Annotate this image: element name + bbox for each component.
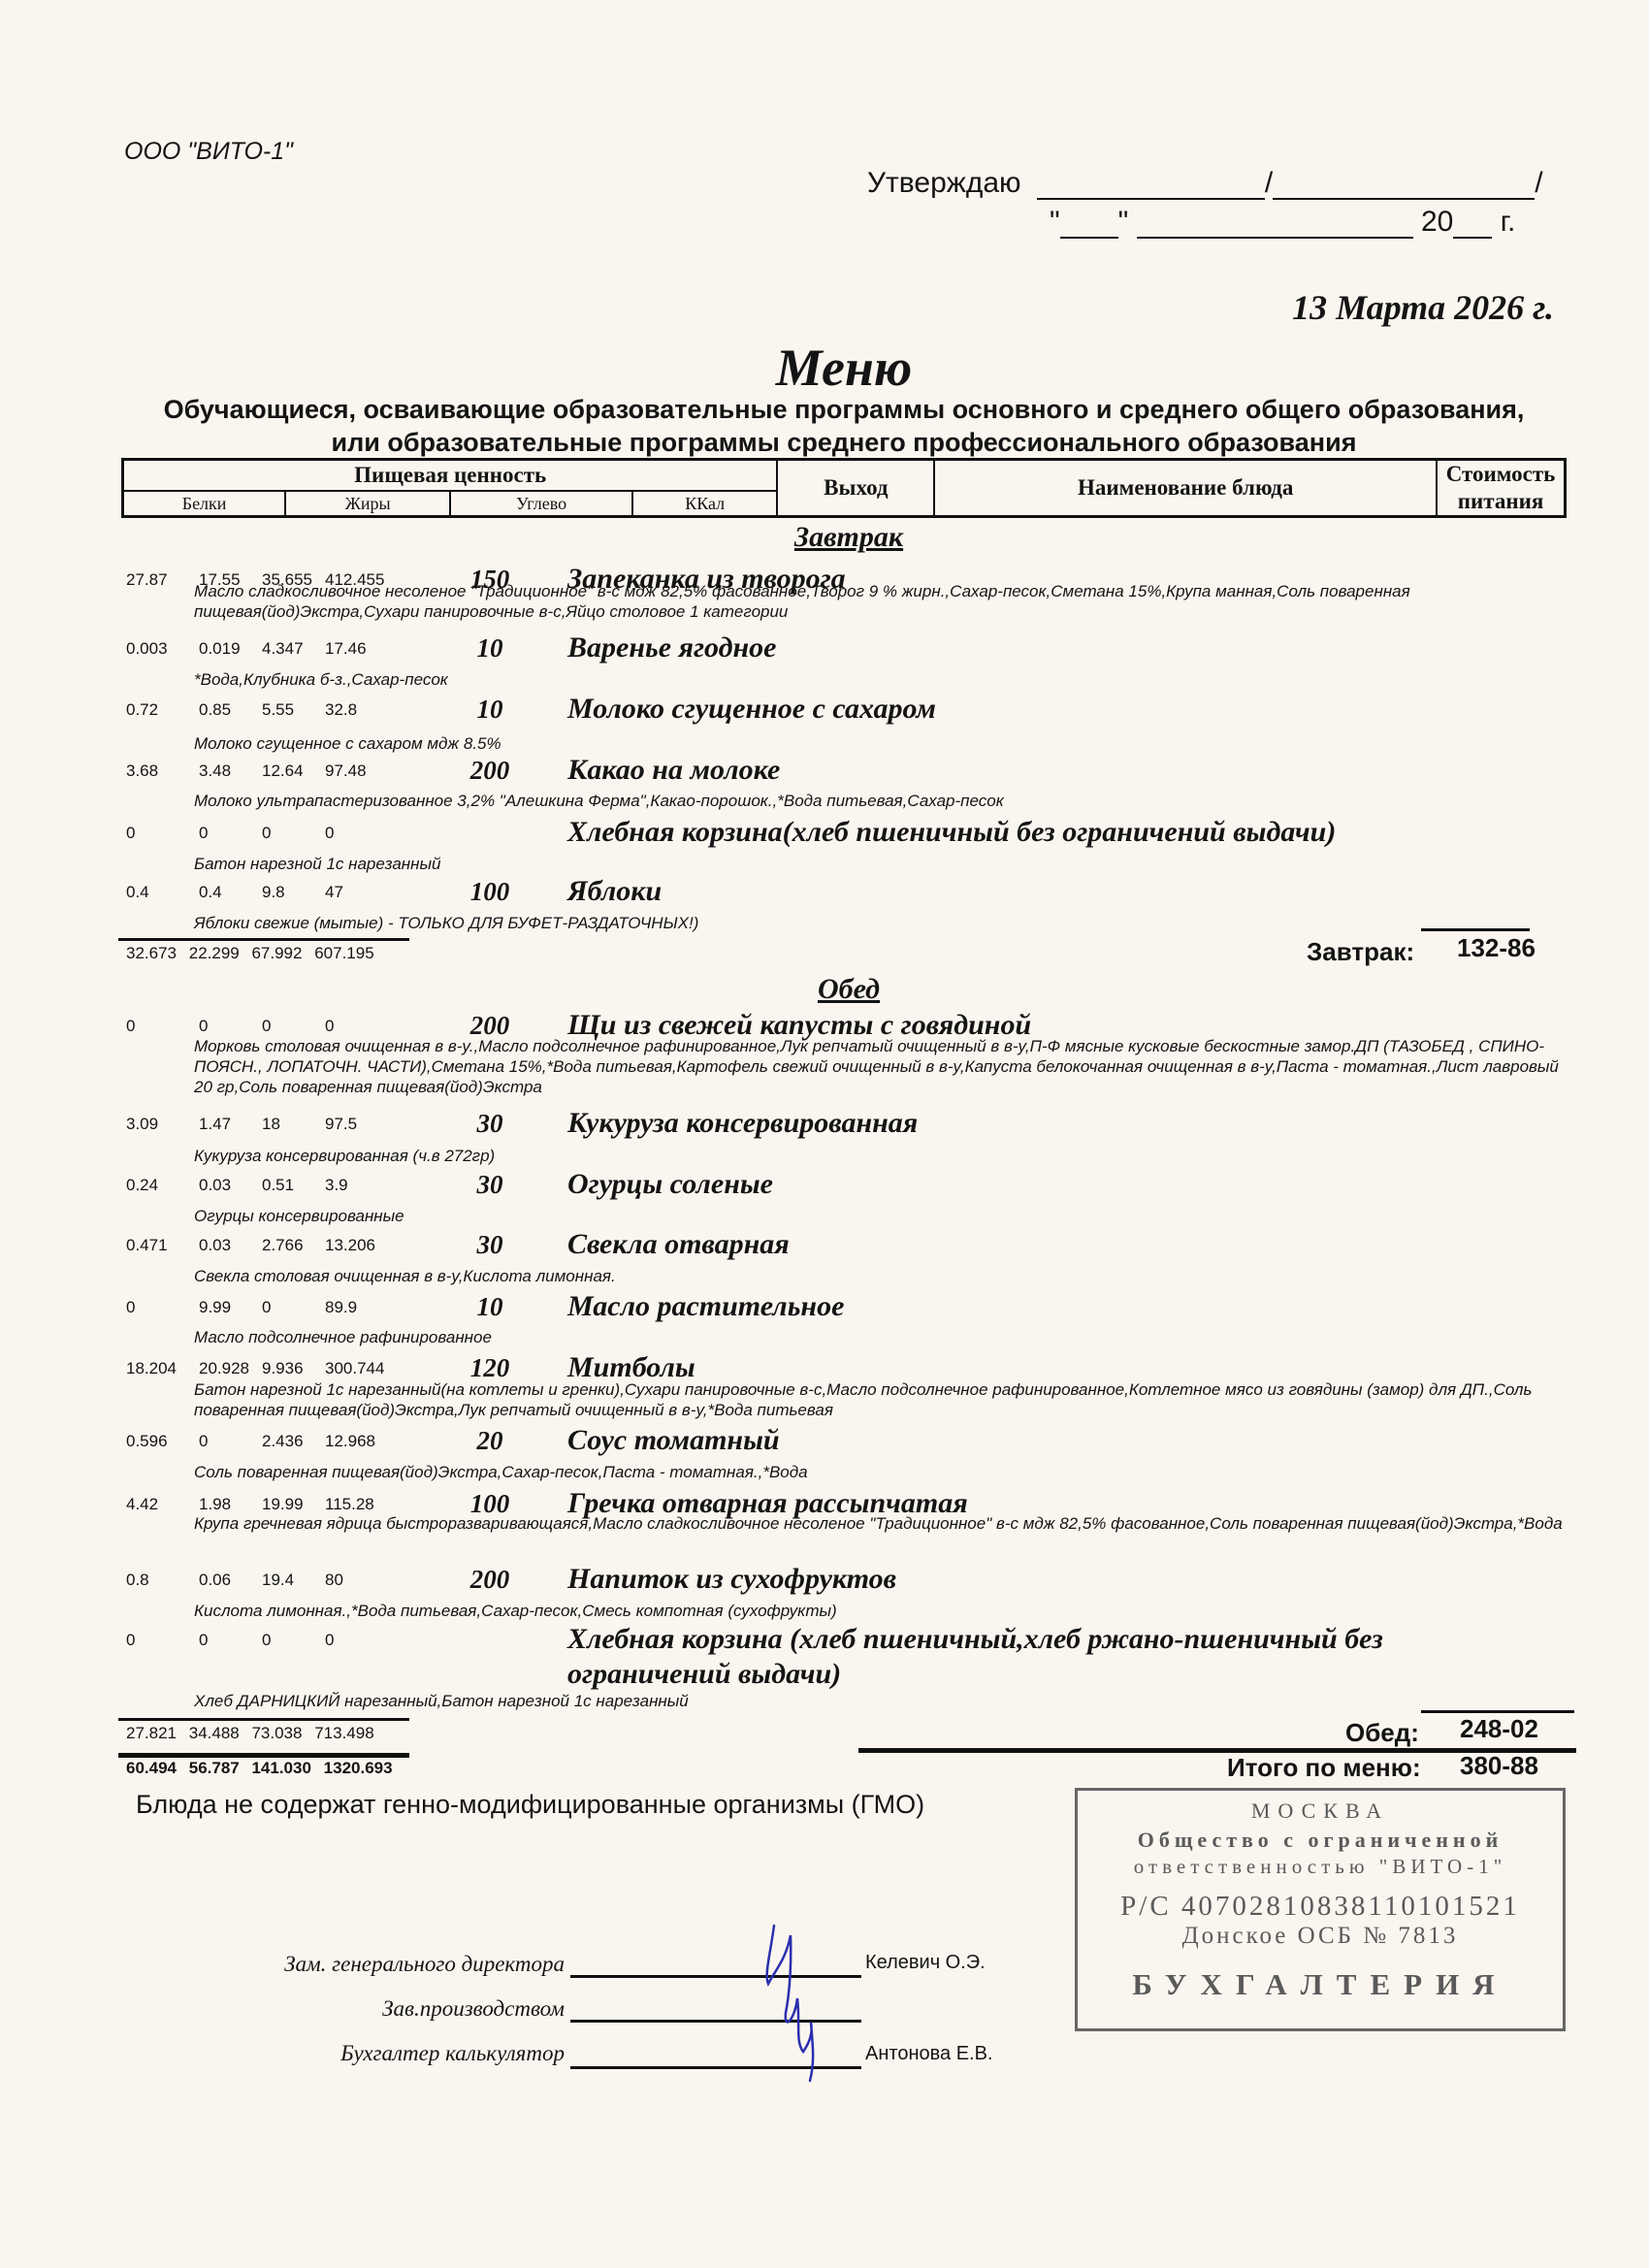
yield-value: 200: [461, 756, 519, 786]
kcal-value: 115.28: [325, 1495, 374, 1514]
fat-value: 0: [199, 1432, 208, 1451]
kcal-value: 12.968: [325, 1432, 375, 1451]
total-carbs: 67.992: [251, 944, 302, 962]
divider: [118, 1718, 409, 1721]
grand-total-price: 380-88: [1460, 1751, 1538, 1781]
kcal-value: 0: [325, 1017, 334, 1036]
stamp-account: Р/С 40702810838110101521: [1078, 1891, 1563, 1923]
total-kcal: 607.195: [314, 944, 373, 962]
header-protein: Белки: [123, 491, 286, 517]
dish-ingredients: Молоко ультрапастеризованное 3,2% "Алешк…: [194, 791, 1571, 811]
protein-value: 0: [126, 824, 135, 843]
dish-name: Напиток из сухофруктов: [567, 1562, 1518, 1597]
header-yield: Выход: [777, 460, 934, 517]
slash: /: [1535, 167, 1542, 199]
breakfast-price: 132-86: [1457, 933, 1536, 963]
dish-ingredients: Масло сладкосливочное несоленое "Традици…: [194, 581, 1571, 622]
signature-name-accountant: Антонова Е.В.: [865, 2043, 992, 2065]
fat-value: 3.48: [199, 761, 231, 781]
yield-value: 30: [461, 1170, 519, 1200]
lunch-price: 248-02: [1460, 1714, 1538, 1744]
gmo-note: Блюда не содержат генно-модифицированные…: [136, 1790, 924, 1820]
total-fat: 56.787: [189, 1759, 240, 1777]
dish-ingredients: Огурцы консервированные: [194, 1206, 1571, 1226]
header-fat: Жиры: [285, 491, 450, 517]
approval-label: Утверждаю: [867, 167, 1021, 199]
signature-role-accountant: Бухгалтер калькулятор: [206, 2041, 565, 2066]
carbs-value: 19.99: [262, 1495, 304, 1514]
quote: ": [1050, 206, 1060, 238]
carbs-value: 4.347: [262, 639, 304, 659]
organization-name: ООО "ВИТО-1": [124, 138, 293, 166]
dish-name: Масло растительное: [567, 1289, 1518, 1324]
carbs-value: 12.64: [262, 761, 304, 781]
company-stamp: МОСКВА Общество с ограниченной ответстве…: [1075, 1788, 1566, 2031]
dish-ingredients: Хлеб ДАРНИЦКИЙ нарезанный,Батон нарезной…: [194, 1691, 1571, 1711]
header-nutrition: Пищевая ценность: [123, 460, 778, 492]
kcal-value: 89.9: [325, 1298, 357, 1317]
fat-value: 0: [199, 1631, 208, 1650]
total-fat: 22.299: [189, 944, 240, 962]
header-dish-name: Наименование блюда: [934, 460, 1437, 517]
lunch-total-label: Обед:: [1345, 1718, 1419, 1748]
carbs-value: 0.51: [262, 1176, 294, 1195]
dish-ingredients: Молоко сгущенное с сахаром мдж 8.5%: [194, 733, 1571, 754]
carbs-value: 2.436: [262, 1432, 304, 1451]
kcal-value: 97.5: [325, 1115, 357, 1134]
dish-name: Хлебная корзина (хлеб пшеничный,хлеб ржа…: [567, 1622, 1518, 1692]
page-title: Меню: [0, 338, 1649, 398]
signature-name-deputy-director: Келевич О.Э.: [865, 1952, 986, 1974]
fat-value: 0.4: [199, 883, 222, 902]
carbs-value: 9.8: [262, 883, 285, 902]
yield-value: 20: [461, 1426, 519, 1456]
dish-name: Огурцы соленые: [567, 1167, 1518, 1202]
header-cost: Стоимость питания: [1437, 460, 1566, 517]
protein-value: 0: [126, 1298, 135, 1317]
kcal-value: 17.46: [325, 639, 367, 659]
total-carbs: 141.030: [251, 1759, 310, 1777]
yield-value: 10: [461, 695, 519, 725]
divider: [1421, 1710, 1574, 1713]
fat-value: 0.03: [199, 1236, 231, 1255]
fat-value: 0: [199, 824, 208, 843]
fat-value: 0.03: [199, 1176, 231, 1195]
grand-total-label: Итого по меню:: [1227, 1753, 1421, 1783]
protein-value: 3.09: [126, 1115, 158, 1134]
total-fat: 34.488: [189, 1724, 240, 1742]
fat-value: 0.06: [199, 1571, 231, 1590]
yield-value: 30: [461, 1230, 519, 1260]
yield-value: 10: [461, 1292, 519, 1322]
dish-ingredients: Яблоки свежие (мытые) - ТОЛЬКО ДЛЯ БУФЕТ…: [194, 913, 1571, 933]
dish-ingredients: Морковь столовая очищенная в в-у.,Масло …: [194, 1036, 1571, 1097]
divider: [118, 938, 409, 941]
kcal-value: 0: [325, 1631, 334, 1650]
approval-block: Утверждаю //: [867, 167, 1543, 200]
kcal-value: 0: [325, 824, 334, 843]
section-heading-lunch: Обед: [0, 973, 1649, 1006]
total-protein: 27.821: [126, 1724, 177, 1742]
protein-value: 0.596: [126, 1432, 168, 1451]
signature-role-deputy-director: Зам. генерального директора: [206, 1952, 565, 1977]
dish-ingredients: Крупа гречневая ядрица быстроразваривающ…: [194, 1513, 1571, 1534]
fat-value: 1.98: [199, 1495, 231, 1514]
protein-value: 27.87: [126, 570, 168, 590]
dish-name: Хлебная корзина(хлеб пшеничный без огран…: [567, 815, 1518, 850]
day-line: [1060, 211, 1118, 239]
dish-name: Какао на молоке: [567, 753, 1518, 788]
dish-name: Соус томатный: [567, 1423, 1518, 1458]
dish-ingredients: Свекла столовая очищенная в в-у,Кислота …: [194, 1266, 1571, 1286]
handwritten-signature-icon: [757, 1916, 844, 2086]
protein-value: 0.8: [126, 1571, 149, 1590]
carbs-value: 19.4: [262, 1571, 294, 1590]
dish-name: Молоко сгущенное с сахаром: [567, 692, 1518, 727]
carbs-value: 18: [262, 1115, 280, 1134]
kcal-value: 300.744: [325, 1359, 384, 1378]
slash: /: [1265, 167, 1273, 199]
fat-value: 0.85: [199, 700, 231, 720]
stamp-department: БУХГАЛТЕРИЯ: [1078, 1967, 1563, 2002]
protein-value: 0.471: [126, 1236, 168, 1255]
total-kcal: 1320.693: [324, 1759, 393, 1777]
breakfast-total-label: Завтрак:: [1307, 937, 1414, 967]
yield-value: 200: [461, 1565, 519, 1595]
year-line: [1453, 211, 1492, 239]
protein-value: 0.003: [126, 639, 168, 659]
kcal-value: 3.9: [325, 1176, 348, 1195]
header-carbs: Углево: [450, 491, 632, 517]
header-kcal: ККал: [632, 491, 777, 517]
page-subtitle: Обучающиеся, осваивающие образовательные…: [145, 393, 1542, 459]
month-line: [1137, 211, 1413, 239]
protein-value: 0: [126, 1631, 135, 1650]
protein-value: 0: [126, 1017, 135, 1036]
dish-name: Свекла отварная: [567, 1227, 1518, 1262]
carbs-value: 0: [262, 824, 271, 843]
carbs-value: 0: [262, 1631, 271, 1650]
protein-value: 0.24: [126, 1176, 158, 1195]
kcal-value: 13.206: [325, 1236, 375, 1255]
approval-date-line: "" 20 г.: [1050, 206, 1515, 239]
fat-value: 1.47: [199, 1115, 231, 1134]
signature-role-production-head: Зав.производством: [206, 1996, 565, 2022]
stamp-line1: Общество с ограниченной: [1078, 1828, 1563, 1853]
kcal-value: 47: [325, 883, 343, 902]
protein-value: 18.204: [126, 1359, 177, 1378]
stamp-bank: Донское ОСБ № 7813: [1078, 1923, 1563, 1950]
protein-value: 3.68: [126, 761, 158, 781]
dish-name: Варенье ягодное: [567, 631, 1518, 665]
yield-value: 30: [461, 1109, 519, 1139]
grand-nutrition-totals: 60.494 56.787 141.030 1320.693: [126, 1759, 401, 1778]
divider: [1421, 928, 1530, 931]
menu-table-header: Пищевая ценность Выход Наименование блюд…: [121, 458, 1567, 518]
kcal-value: 32.8: [325, 700, 357, 720]
year-suffix: г.: [1501, 206, 1516, 238]
approval-name-line: [1273, 171, 1535, 200]
dish-ingredients: *Вода,Клубника б-з.,Сахар-песок: [194, 669, 1571, 690]
stamp-line2: ответственностью "ВИТО-1": [1078, 1855, 1563, 1879]
dish-ingredients: Кукуруза консервированная (ч.в 272гр): [194, 1146, 1571, 1166]
carbs-value: 9.936: [262, 1359, 304, 1378]
divider: [118, 1753, 409, 1758]
year-prefix: 20: [1421, 206, 1453, 238]
section-heading-breakfast: Завтрак: [0, 521, 1649, 554]
dish-ingredients: Соль поваренная пищевая(йод)Экстра,Сахар…: [194, 1462, 1571, 1482]
breakfast-nutrition-totals: 32.673 22.299 67.992 607.195: [126, 944, 382, 963]
dish-ingredients: Масло подсолнечное рафинированное: [194, 1327, 1571, 1347]
stamp-city: МОСКВА: [1078, 1798, 1563, 1824]
total-protein: 60.494: [126, 1759, 177, 1777]
protein-value: 4.42: [126, 1495, 158, 1514]
kcal-value: 80: [325, 1571, 343, 1590]
fat-value: 9.99: [199, 1298, 231, 1317]
dish-name: Кукуруза консервированная: [567, 1106, 1518, 1141]
protein-value: 0.4: [126, 883, 149, 902]
yield-value: 100: [461, 877, 519, 907]
dish-ingredients: Батон нарезной 1с нарезанный: [194, 854, 1571, 874]
carbs-value: 2.766: [262, 1236, 304, 1255]
fat-value: 20.928: [199, 1359, 249, 1378]
dish-name: Яблоки: [567, 874, 1518, 909]
quote: ": [1118, 206, 1129, 238]
yield-value: 10: [461, 633, 519, 664]
carbs-value: 0: [262, 1298, 271, 1317]
lunch-nutrition-totals: 27.821 34.488 73.038 713.498: [126, 1724, 382, 1743]
dish-ingredients: Кислота лимонная.,*Вода питьевая,Сахар-п…: [194, 1601, 1571, 1621]
fat-value: 0: [199, 1017, 208, 1036]
fat-value: 0.019: [199, 639, 241, 659]
total-protein: 32.673: [126, 944, 177, 962]
kcal-value: 97.48: [325, 761, 367, 781]
carbs-value: 0: [262, 1017, 271, 1036]
dish-ingredients: Батон нарезной 1с нарезанный(на котлеты …: [194, 1379, 1571, 1420]
approval-signature-line: [1037, 171, 1265, 200]
total-kcal: 713.498: [314, 1724, 373, 1742]
protein-value: 0.72: [126, 700, 158, 720]
carbs-value: 5.55: [262, 700, 294, 720]
total-carbs: 73.038: [251, 1724, 302, 1742]
menu-date: 13 Марта 2026 г.: [1292, 287, 1554, 328]
